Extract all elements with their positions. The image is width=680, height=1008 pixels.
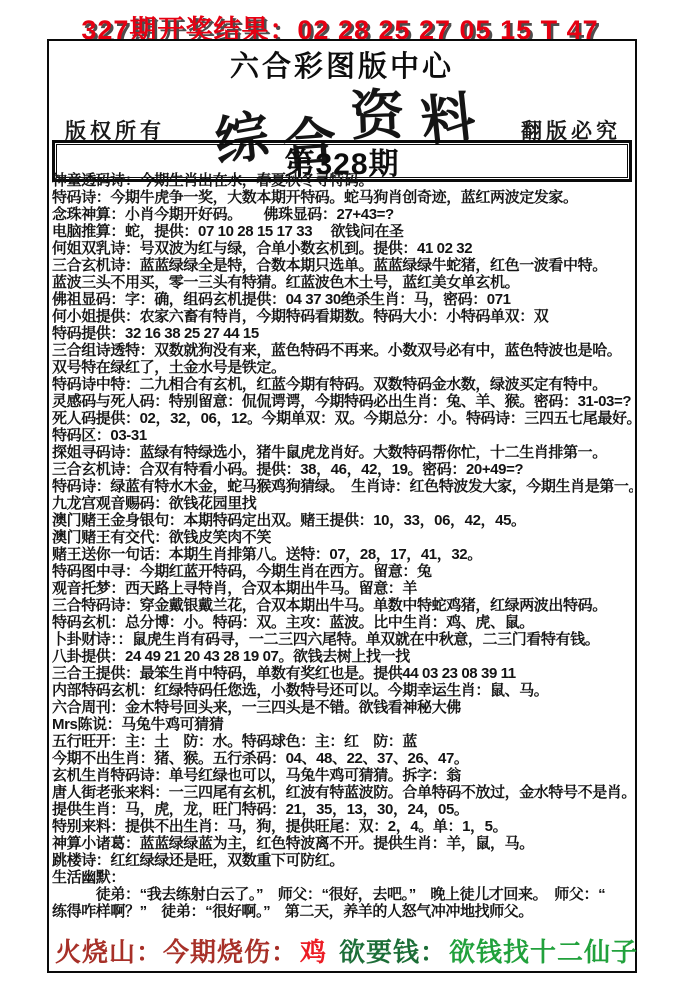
footer-burn-zodiac: 鸡 [300,932,327,969]
body-line: 何姐双乳诗：号双波为红与绿，合单小数玄机到。提供：41 02 32 [52,240,633,257]
body-line: 佛祖显码：字：确，组码玄机提供：04 37 30绝杀生肖：马，密码：071 [52,291,633,308]
body-line: 唐人街老张来料：一三四尾有玄机，红波有特蓝波防。合单特码不放过，金水特号不是肖。 [52,784,633,801]
body-line: 双号特在绿红了，土金水号是铁定。 [52,359,633,376]
body-line: Mrs陈说：马兔牛鸡可猜猜 [52,716,633,733]
body-line: 内部特码玄机：红绿特码任您选，小数特号还可以。今期幸运生肖：鼠、马。 [52,682,633,699]
body-line: 特码诗：今期牛虎争一奖，大数本期开特码。蛇马狗肖创奇迹，蓝红两波定发家。 [52,189,633,206]
body-line: 练得咋样啊？” 徒弟：“很好啊。” 第二天，养羊的人怒气冲冲地找师父。 [52,903,633,920]
body-line: 玄机生肖特码诗：单号红绿也可以，马兔牛鸡可猜猜。拆字：翁 [52,767,633,784]
body-line: 三合玄机诗：蓝蓝绿绿全是特，合数本期只选单。蓝蓝绿绿牛蛇猪，红色一波看中特。 [52,257,633,274]
body-line: 死人码提供：02，32，06，12。今期单双：双。今期总分：小。特码诗：三四五七… [52,410,633,427]
body-line: 特码诗：绿蓝有特水木金，蛇马猴鸡狗猜绿。 生肖诗：红色特波发大家，今期生肖是第一… [52,478,633,495]
body-line: 探姐寻码诗：蓝绿有特绿选小，猪牛鼠虎龙肖好。大数特码帮你忙，十二生肖排第一。 [52,444,633,461]
body-line: 九龙宫观音赐码：欲钱花园里找 [52,495,633,512]
body-line: 五行旺开：主：土 防：水。特码球色：主：红 防：蓝 [52,733,633,750]
body-line: 今期不出生肖：猪、猴。五行杀码：04、48、22、37、26、47。 [52,750,633,767]
body-line: 三合王提供：最笨生肖中特码，单数有奖红也是。提供44 03 23 08 39 1… [52,665,633,682]
body-lines: 神童透码诗：今期生肖出在水，春夏秋冬寻特码。特码诗：今期牛虎争一奖，大数本期开特… [52,172,633,931]
body-line: 特码区：03-31 [52,427,633,444]
footer-burn-label: 火烧山：今期烧伤： [55,932,298,969]
body-line: 赌王送你一句话：本期生肖排第八。送特：07，28，17，41，32。 [52,546,633,563]
body-line: 特别来料：提供不出生肖：马，狗，提供旺尾：双：2，4。单：1，5。 [52,818,633,835]
body-line: 念珠神算：小肖今期开好码。 佛珠显码：27+43=? [52,206,633,223]
body-line: 三合组诗透特：双数就狗没有来，蓝色特码不再来。小数双号必有中，蓝色特波也是哈。 [52,342,633,359]
body-line: 特码提供：32 16 38 25 27 44 15 [52,325,633,342]
body-line: 特码图中寻：今期红蓝开特码，今期生肖在西方。留意：兔 [52,563,633,580]
footer-prediction-line: 火烧山：今期烧伤： 鸡 欲要钱： 欲钱找十二仙子 [55,934,638,966]
body-line: 澳门赌王金身银句：本期特码定出双。赌王提供：10，33，06，42，45。 [52,512,633,529]
body-line: 徒弟：“我去练射白云了。” 师父：“很好，去吧。” 晚上徒儿才回来。 师父：“ [52,886,633,903]
body-line: 电脑推算：蛇，提供：07 10 28 15 17 33 欲钱问在圣 [52,223,633,240]
body-line: 三合玄机诗：合双有特看小码。提供：38，46，42，19。密码：20+49=? [52,461,633,478]
body-line: 八卦提供：24 49 21 20 43 28 19 07。欲钱去树上找一找 [52,648,633,665]
main-border-box: 六合彩图版中心 综合资料 版权所有 翻版必究 第328期 神童透码诗：今期生肖出… [47,39,637,973]
body-line: 提供生肖：马，虎，龙，旺门特码：21，35，13，30，24，05。 [52,801,633,818]
body-line: 神算小诸葛：蓝蓝绿绿蓝为主，红色特波离不开。提供生肖：羊，鼠，马。 [52,835,633,852]
body-line: 观音托梦：西天路上寻特肖，合双本期出牛马。留意：羊 [52,580,633,597]
body-line: 三合特码诗：穿金戴银戴兰花，合双本期出牛马。单数中特蛇鸡猪，红绿两波出特码。 [52,597,633,614]
body-line: 神童透码诗：今期生肖出在水，春夏秋冬寻特码。 [52,172,633,189]
footer-money-clue: 欲钱找十二仙子 [449,932,638,969]
body-line: 何小姐提供：农家六畜有特肖，今期特码看期数。特码大小：小特码单双：双 [52,308,633,325]
footer-money-label: 欲要钱： [339,932,447,969]
body-line: 跳楼诗：红红绿绿还是旺，双数重下可防红。 [52,852,633,869]
body-line: 蓝波三头不用买，零一三头有特猜。红蓝波色木土号，蓝红美女单玄机。 [52,274,633,291]
body-line: 特码诗中特：二九相合有玄机，红蓝今期有特码。双数特码金水数，绿波买定有特中。 [52,376,633,393]
body-line: 澳门赌王有交代：欲钱皮笑肉不笑 [52,529,633,546]
body-line: 卜卦财诗：：鼠虎生肖有码寻，一二三四六尾特。单双就在中秋意，二三门看特有钱。 [52,631,633,648]
body-line: 特码玄机：总分博：小。特码：双。主攻：蓝波。比中生肖：鸡、虎、鼠。 [52,614,633,631]
body-line: 六合周刊：金木特号回头来，一三四头是不错。欲钱看神秘大佛 [52,699,633,716]
body-line: 生活幽默： [52,869,633,886]
body-line: 灵感码与死人码：特别留意：侃侃谔谔，今期特码必出生肖：兔、羊、猴。密码：31-0… [52,393,633,410]
